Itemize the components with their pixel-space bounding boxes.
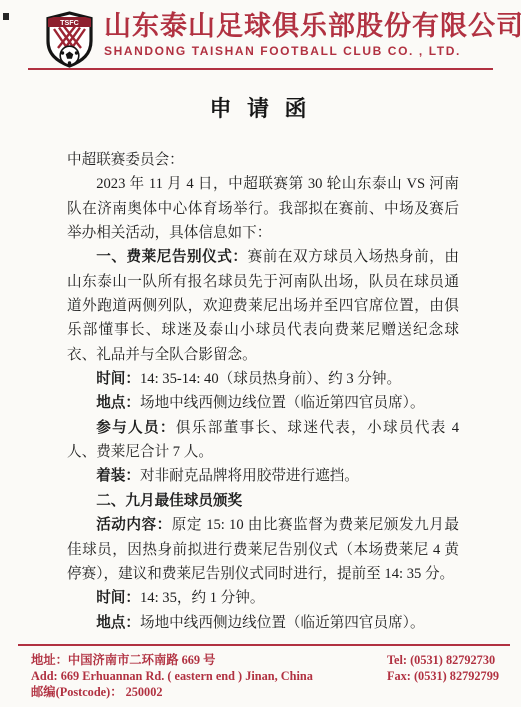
- paragraph-label: 着装：: [96, 468, 140, 484]
- paragraph-text: 14: 35，约 1 分钟。: [140, 590, 264, 606]
- company-name-en: SHANDONG TAISHAN FOOTBALL CLUB CO. , LTD…: [104, 44, 521, 58]
- document-page: TSFC 山东泰山足球俱乐部股份有限公司 SHANDONG TAISHAN FO…: [0, 0, 521, 707]
- footer-fax: Fax: (0531) 82792799: [387, 668, 499, 684]
- contact-footer: 地址：中国济南市二环南路 669 号 Add: 669 Erhuannan Rd…: [31, 652, 503, 701]
- paragraph-label: 一、费莱尼告别仪式：: [96, 249, 247, 265]
- paragraph-label: 参与人员：: [96, 420, 176, 436]
- paragraph-label: 地点：: [96, 395, 140, 411]
- paragraph-time2: 时间：14: 35，约 1 分钟。: [67, 586, 459, 610]
- footer-postcode: 邮编(Postcode)： 250002: [31, 684, 313, 700]
- paragraph-time1: 时间：14: 35-14: 40（球员热身前）、约 3 分钟。: [67, 367, 459, 391]
- paragraph-dresscode: 着装：对非耐克品牌将用胶带进行遮挡。: [67, 464, 459, 488]
- footer-address-block: 地址：中国济南市二环南路 669 号 Add: 669 Erhuannan Rd…: [31, 652, 313, 701]
- club-crest-icon: TSFC: [44, 11, 95, 68]
- footer-tel: Tel: (0531) 82792730: [387, 652, 499, 668]
- company-name-cn: 山东泰山足球俱乐部股份有限公司: [104, 11, 521, 41]
- footer-phone-block: Tel: (0531) 82792730 Fax: (0531) 8279279…: [387, 652, 503, 701]
- paragraph-label: 时间：: [96, 371, 140, 387]
- paragraph-label: 地点：: [96, 615, 140, 631]
- company-names: 山东泰山足球俱乐部股份有限公司 SHANDONG TAISHAN FOOTBAL…: [104, 11, 521, 58]
- paragraph-place1: 地点：场地中线西侧边线位置（临近第四官员席）。: [67, 391, 459, 415]
- paragraph-label: 二、九月最佳球员颁奖: [96, 493, 242, 509]
- paragraph-text: 14: 35-14: 40（球员热身前）、约 3 分钟。: [140, 371, 401, 387]
- letter-body: 中超联赛委员会： 2023 年 11 月 4 日，中超联赛第 30 轮山东泰山 …: [67, 148, 459, 635]
- paragraph-text: 场地中线西侧边线位置（临近第四官员席）。: [140, 395, 425, 411]
- letter-title: 申 请 函: [0, 92, 521, 123]
- paragraph-intro: 2023 年 11 月 4 日，中超联赛第 30 轮山东泰山 VS 河南队在济南…: [67, 172, 459, 245]
- paragraph-participants: 参与人员：俱乐部董事长、球迷代表，小球员代表 4 人、费莱尼合计 7 人。: [67, 416, 459, 465]
- paragraph-section1: 一、费莱尼告别仪式：赛前在双方球员入场热身前，由山东泰山一队所有报名球员先于河南…: [67, 245, 459, 367]
- header-divider: [28, 68, 493, 70]
- paragraph-text: 对非耐克品牌将用胶带进行遮挡。: [140, 468, 359, 484]
- paragraph-activity: 活动内容：原定 15: 10 由比赛监督为费莱尼颁发九月最佳球员，因热身前拟进行…: [67, 513, 459, 586]
- footer-address-en: Add: 669 Erhuannan Rd. ( eastern end ) J…: [31, 668, 313, 684]
- paragraph-label: 时间：: [96, 590, 140, 606]
- paragraph-label: 活动内容：: [96, 517, 172, 533]
- footer-address-cn: 地址：中国济南市二环南路 669 号: [31, 652, 313, 668]
- paragraph-section2: 二、九月最佳球员颁奖: [67, 489, 459, 513]
- paragraph-text: 赛前在双方球员入场热身前，由山东泰山一队所有报名球员先于河南队出场，队员在球员通…: [67, 249, 459, 362]
- footer-divider: [18, 644, 510, 646]
- paragraph-place2: 地点：场地中线西侧边线位置（临近第四官员席）。: [67, 611, 459, 635]
- letterhead: TSFC 山东泰山足球俱乐部股份有限公司 SHANDONG TAISHAN FO…: [44, 11, 521, 68]
- svg-text:TSFC: TSFC: [60, 18, 79, 27]
- paragraph-text: 2023 年 11 月 4 日，中超联赛第 30 轮山东泰山 VS 河南队在济南…: [67, 176, 459, 241]
- paragraph-text: 场地中线西侧边线位置（临近第四官员席）。: [140, 615, 425, 631]
- scan-artifact: [3, 13, 9, 20]
- salutation: 中超联赛委员会：: [67, 148, 459, 172]
